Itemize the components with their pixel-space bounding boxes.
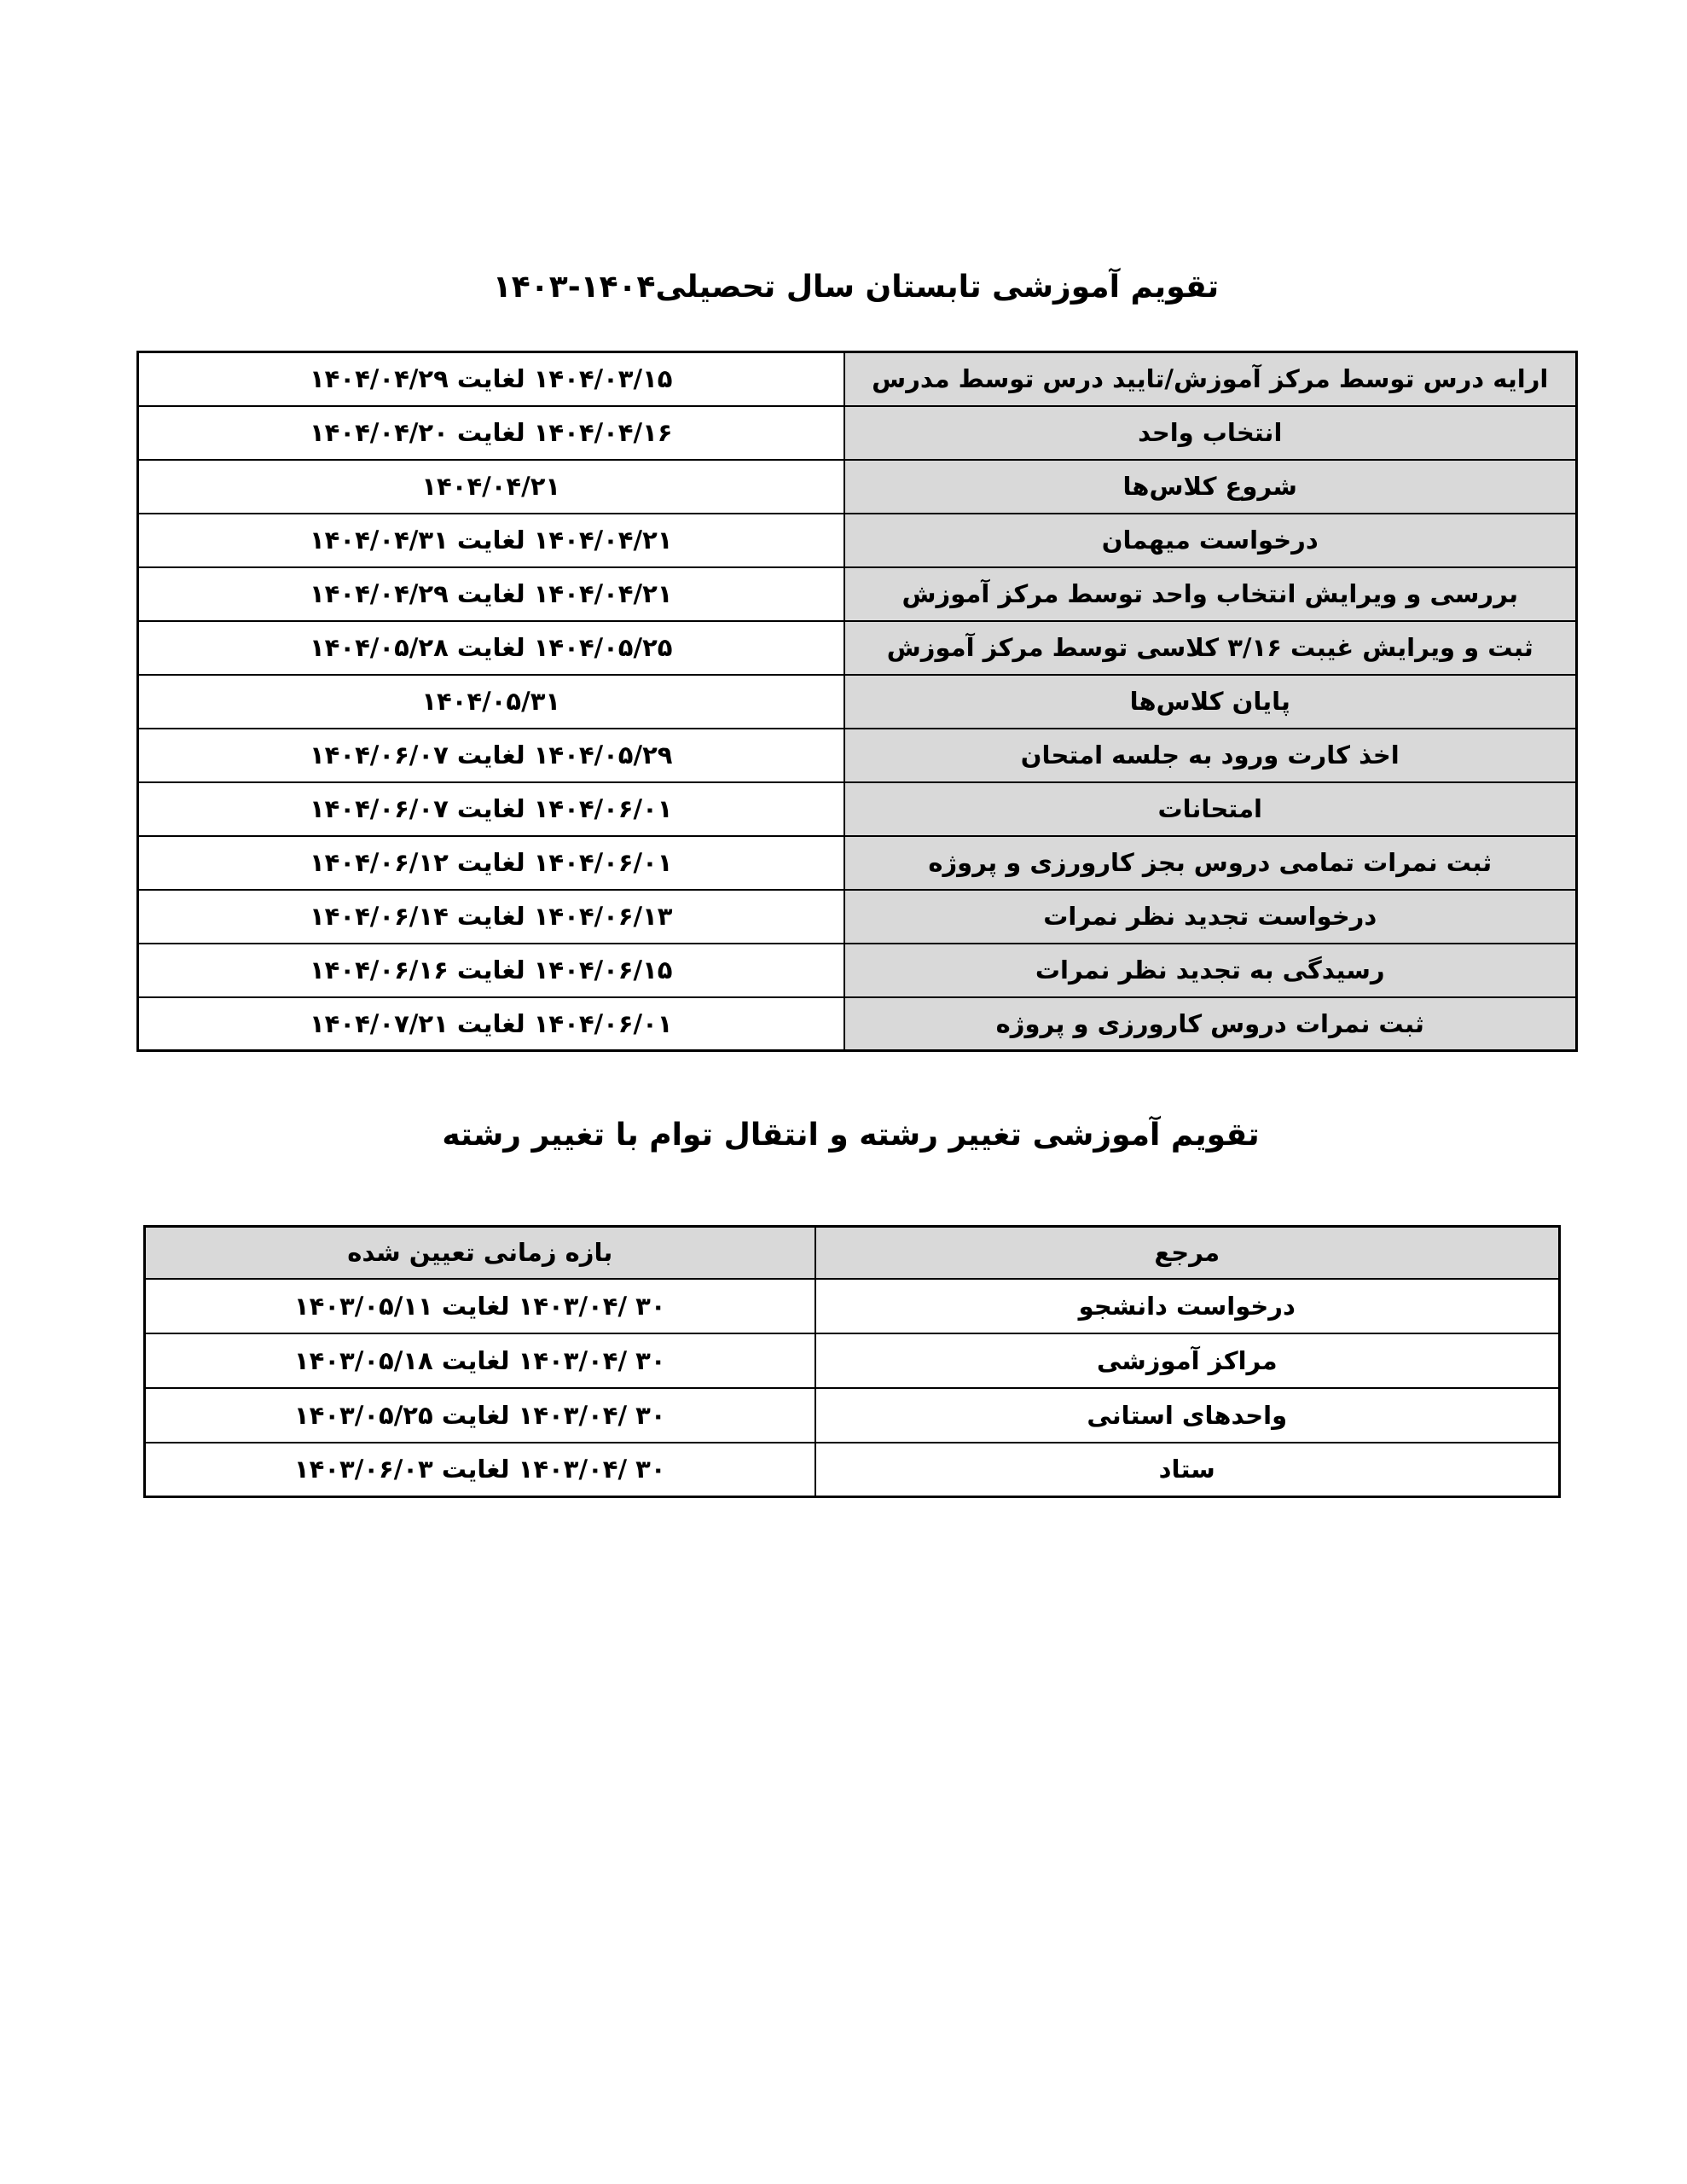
reference-name-cell: درخواست دانشجو	[815, 1279, 1560, 1333]
activity-period-cell: ۱۴۰۴/۰۶/۱۵ لغایت ۱۴۰۴/۰۶/۱۶	[138, 944, 844, 997]
table-row: مراکز آموزشی ۳۰ /۱۴۰۳/۰۴ لغایت ۱۴۰۳/۰۵/۱…	[145, 1333, 1560, 1388]
activity-period-cell: ۱۴۰۴/۰۵/۳۱	[138, 675, 844, 729]
activity-period-cell: ۱۴۰۴/۰۴/۲۱ لغایت ۱۴۰۴/۰۴/۲۹	[138, 567, 844, 621]
activity-period-cell: ۱۴۰۴/۰۵/۲۵ لغایت ۱۴۰۴/۰۵/۲۸	[138, 621, 844, 675]
table-row: اخذ کارت ورود به جلسه امتحان ۱۴۰۴/۰۵/۲۹ …	[138, 729, 1577, 782]
activity-period-cell: ۱۴۰۴/۰۴/۲۱	[138, 460, 844, 514]
activity-name-cell: ثبت نمرات دروس کارورزی و پروژه	[844, 997, 1577, 1051]
reference-name-cell: مراکز آموزشی	[815, 1333, 1560, 1388]
header-cell-period: بازه زمانی تعیین شده	[145, 1227, 815, 1279]
activity-name-cell: امتحانات	[844, 782, 1577, 836]
table-row: ثبت و ویرایش غیبت ۳/۱۶ کلاسی توسط مرکز آ…	[138, 621, 1577, 675]
activity-period-cell: ۱۴۰۴/۰۴/۱۶ لغایت ۱۴۰۴/۰۴/۲۰	[138, 406, 844, 460]
table-row: ثبت نمرات دروس کارورزی و پروژه ۱۴۰۴/۰۶/۰…	[138, 997, 1577, 1051]
table-row: درخواست میهمان ۱۴۰۴/۰۴/۲۱ لغایت ۱۴۰۴/۰۴/…	[138, 514, 1577, 567]
reference-period-cell: ۳۰ /۱۴۰۳/۰۴ لغایت ۱۴۰۳/۰۵/۱۱	[145, 1279, 815, 1333]
header-row: مرجع بازه زمانی تعیین شده	[145, 1227, 1560, 1279]
transfer-calendar-table: مرجع بازه زمانی تعیین شده درخواست دانشجو…	[143, 1225, 1561, 1498]
table-row: درخواست دانشجو ۳۰ /۱۴۰۳/۰۴ لغایت ۱۴۰۳/۰۵…	[145, 1279, 1560, 1333]
activity-name-cell: شروع کلاس‌ها	[844, 460, 1577, 514]
activity-name-cell: انتخاب واحد	[844, 406, 1577, 460]
table-row: بررسی و ویرایش انتخاب واحد توسط مرکز آمو…	[138, 567, 1577, 621]
activity-name-cell: رسیدگی به تجدید نظر نمرات	[844, 944, 1577, 997]
activity-name-cell: ارایه درس توسط مرکز آموزش/تایید درس توسط…	[844, 352, 1577, 406]
table-row: واحدهای استانی ۳۰ /۱۴۰۳/۰۴ لغایت ۱۴۰۳/۰۵…	[145, 1388, 1560, 1443]
summer-calendar-table: ارایه درس توسط مرکز آموزش/تایید درس توسط…	[136, 351, 1578, 1052]
reference-name-cell: واحدهای استانی	[815, 1388, 1560, 1443]
table-row: انتخاب واحد ۱۴۰۴/۰۴/۱۶ لغایت ۱۴۰۴/۰۴/۲۰	[138, 406, 1577, 460]
table-row: ارایه درس توسط مرکز آموزش/تایید درس توسط…	[138, 352, 1577, 406]
activity-name-cell: پایان کلاس‌ها	[844, 675, 1577, 729]
activity-name-cell: درخواست میهمان	[844, 514, 1577, 567]
activity-period-cell: ۱۴۰۴/۰۶/۰۱ لغایت ۱۴۰۴/۰۶/۰۷	[138, 782, 844, 836]
activity-name-cell: اخذ کارت ورود به جلسه امتحان	[844, 729, 1577, 782]
activity-name-cell: ثبت و ویرایش غیبت ۳/۱۶ کلاسی توسط مرکز آ…	[844, 621, 1577, 675]
activity-period-cell: ۱۴۰۴/۰۶/۱۳ لغایت ۱۴۰۴/۰۶/۱۴	[138, 890, 844, 944]
document-page: { "colors": { "shaded_cell_bg": "#d9d9d9…	[0, 0, 1687, 2184]
transfer-calendar-title: تقویم آموزشی تغییر رشته و انتقال توام با…	[143, 1111, 1558, 1160]
header-cell-reference: مرجع	[815, 1227, 1560, 1279]
reference-period-cell: ۳۰ /۱۴۰۳/۰۴ لغایت ۱۴۰۳/۰۵/۲۵	[145, 1388, 815, 1443]
table-row: امتحانات ۱۴۰۴/۰۶/۰۱ لغایت ۱۴۰۴/۰۶/۰۷	[138, 782, 1577, 836]
reference-period-cell: ۳۰ /۱۴۰۳/۰۴ لغایت ۱۴۰۳/۰۶/۰۳	[145, 1443, 815, 1497]
summer-calendar-title: تقویم آموزشی تابستان سال تحصیلی۱۴۰۴-۱۴۰۳	[136, 263, 1575, 312]
table-row: رسیدگی به تجدید نظر نمرات ۱۴۰۴/۰۶/۱۵ لغا…	[138, 944, 1577, 997]
table-row: ثبت نمرات تمامی دروس بجز کارورزی و پروژه…	[138, 836, 1577, 890]
table-row: شروع کلاس‌ها ۱۴۰۴/۰۴/۲۱	[138, 460, 1577, 514]
activity-period-cell: ۱۴۰۴/۰۶/۰۱ لغایت ۱۴۰۴/۰۶/۱۲	[138, 836, 844, 890]
activity-name-cell: ثبت نمرات تمامی دروس بجز کارورزی و پروژه	[844, 836, 1577, 890]
activity-name-cell: درخواست تجدید نظر نمرات	[844, 890, 1577, 944]
table-row: درخواست تجدید نظر نمرات ۱۴۰۴/۰۶/۱۳ لغایت…	[138, 890, 1577, 944]
table-row: پایان کلاس‌ها ۱۴۰۴/۰۵/۳۱	[138, 675, 1577, 729]
reference-period-cell: ۳۰ /۱۴۰۳/۰۴ لغایت ۱۴۰۳/۰۵/۱۸	[145, 1333, 815, 1388]
activity-period-cell: ۱۴۰۴/۰۵/۲۹ لغایت ۱۴۰۴/۰۶/۰۷	[138, 729, 844, 782]
activity-name-cell: بررسی و ویرایش انتخاب واحد توسط مرکز آمو…	[844, 567, 1577, 621]
reference-name-cell: ستاد	[815, 1443, 1560, 1497]
activity-period-cell: ۱۴۰۴/۰۳/۱۵ لغایت ۱۴۰۴/۰۴/۲۹	[138, 352, 844, 406]
activity-period-cell: ۱۴۰۴/۰۴/۲۱ لغایت ۱۴۰۴/۰۴/۳۱	[138, 514, 844, 567]
table-row: ستاد ۳۰ /۱۴۰۳/۰۴ لغایت ۱۴۰۳/۰۶/۰۳	[145, 1443, 1560, 1497]
activity-period-cell: ۱۴۰۴/۰۶/۰۱ لغایت ۱۴۰۴/۰۷/۲۱	[138, 997, 844, 1051]
